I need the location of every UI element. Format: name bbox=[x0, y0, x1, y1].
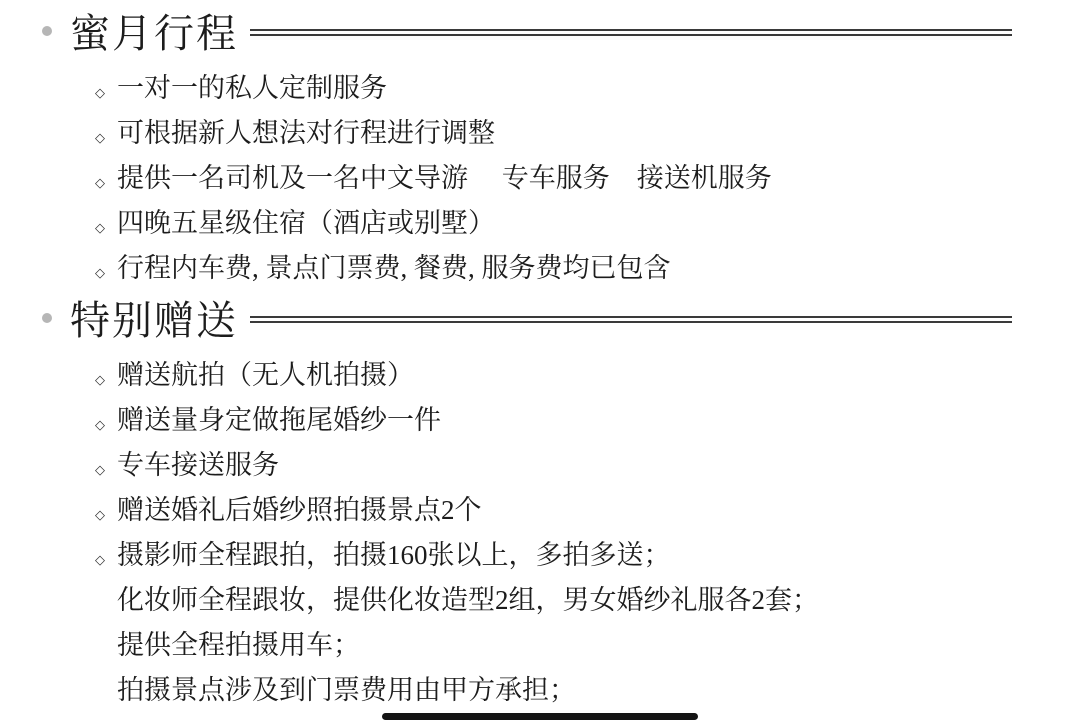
section-title: 特别赠送 bbox=[70, 295, 238, 347]
list-item: ◇行程内车费, 景点门票费, 餐费, 服务费均已包含 bbox=[95, 246, 1080, 291]
item-text: 提供全程拍摄用车； bbox=[117, 623, 360, 668]
list-item: ◇赠送航拍（无人机拍摄） bbox=[95, 353, 1080, 398]
diamond-bullet-icon: ◇ bbox=[95, 373, 117, 388]
section-title: 蜜月行程 bbox=[70, 8, 238, 60]
diamond-bullet-icon: ◇ bbox=[95, 86, 117, 101]
item-text: 一对一的私人定制服务 bbox=[117, 66, 387, 111]
item-text: 赠送量身定做拖尾婚纱一件 bbox=[117, 398, 441, 443]
list-item: ◇赠送婚礼后婚纱照拍摄景点2个 bbox=[95, 488, 1080, 533]
item-text: 赠送航拍（无人机拍摄） bbox=[117, 353, 414, 398]
title-double-rule bbox=[250, 29, 1012, 36]
section-title-row: 蜜月行程 bbox=[0, 8, 1080, 60]
item-text: 化妆师全程跟妆，提供化妆造型2组，男女婚纱礼服各2套； bbox=[117, 578, 819, 623]
item-text: 赠送婚礼后婚纱照拍摄景点2个 bbox=[117, 488, 482, 533]
item-text: 可根据新人想法对行程进行调整 bbox=[117, 111, 495, 156]
item-text: 提供一名司机及一名中文导游 专车服务 接送机服务 bbox=[117, 156, 772, 201]
diamond-bullet-icon: ◇ bbox=[95, 508, 117, 523]
section-title-row: 特别赠送 bbox=[0, 295, 1080, 347]
item-list: ◇一对一的私人定制服务◇可根据新人想法对行程进行调整◇提供一名司机及一名中文导游… bbox=[0, 66, 1080, 291]
list-item: ◇提供一名司机及一名中文导游 专车服务 接送机服务 bbox=[95, 156, 1080, 201]
title-bullet-dot-icon bbox=[42, 313, 52, 323]
list-item: ◇提供全程拍摄用车； bbox=[95, 623, 1080, 668]
diamond-bullet-icon: ◇ bbox=[95, 553, 117, 568]
diamond-bullet-icon: ◇ bbox=[95, 418, 117, 433]
list-item: ◇拍摄景点涉及到门票费用由甲方承担； bbox=[95, 668, 1080, 713]
list-item: ◇四晚五星级住宿（酒店或别墅） bbox=[95, 201, 1080, 246]
diamond-bullet-icon: ◇ bbox=[95, 221, 117, 236]
section-special-gifts: 特别赠送 ◇赠送航拍（无人机拍摄）◇赠送量身定做拖尾婚纱一件◇专车接送服务◇赠送… bbox=[0, 295, 1080, 713]
diamond-bullet-icon: ◇ bbox=[95, 131, 117, 146]
list-item: ◇一对一的私人定制服务 bbox=[95, 66, 1080, 111]
title-double-rule bbox=[250, 316, 1012, 323]
item-text: 摄影师全程跟拍，拍摄160张以上，多拍多送； bbox=[117, 533, 671, 578]
item-text: 行程内车费, 景点门票费, 餐费, 服务费均已包含 bbox=[117, 246, 671, 291]
list-item: ◇可根据新人想法对行程进行调整 bbox=[95, 111, 1080, 156]
list-item: ◇摄影师全程跟拍，拍摄160张以上，多拍多送； bbox=[95, 533, 1080, 578]
diamond-bullet-icon: ◇ bbox=[95, 463, 117, 478]
list-item: ◇专车接送服务 bbox=[95, 443, 1080, 488]
item-list: ◇赠送航拍（无人机拍摄）◇赠送量身定做拖尾婚纱一件◇专车接送服务◇赠送婚礼后婚纱… bbox=[0, 353, 1080, 713]
item-text: 四晚五星级住宿（酒店或别墅） bbox=[117, 201, 495, 246]
diamond-bullet-icon: ◇ bbox=[95, 176, 117, 191]
item-text: 专车接送服务 bbox=[117, 443, 279, 488]
item-text: 拍摄景点涉及到门票费用由甲方承担； bbox=[117, 668, 576, 713]
title-bullet-dot-icon bbox=[42, 26, 52, 36]
bottom-drag-indicator[interactable] bbox=[382, 713, 698, 720]
diamond-bullet-icon: ◇ bbox=[95, 266, 117, 281]
section-honeymoon-itinerary: 蜜月行程 ◇一对一的私人定制服务◇可根据新人想法对行程进行调整◇提供一名司机及一… bbox=[0, 0, 1080, 291]
slide: 蜜月行程 ◇一对一的私人定制服务◇可根据新人想法对行程进行调整◇提供一名司机及一… bbox=[0, 0, 1080, 721]
list-item: ◇化妆师全程跟妆，提供化妆造型2组，男女婚纱礼服各2套； bbox=[95, 578, 1080, 623]
list-item: ◇赠送量身定做拖尾婚纱一件 bbox=[95, 398, 1080, 443]
